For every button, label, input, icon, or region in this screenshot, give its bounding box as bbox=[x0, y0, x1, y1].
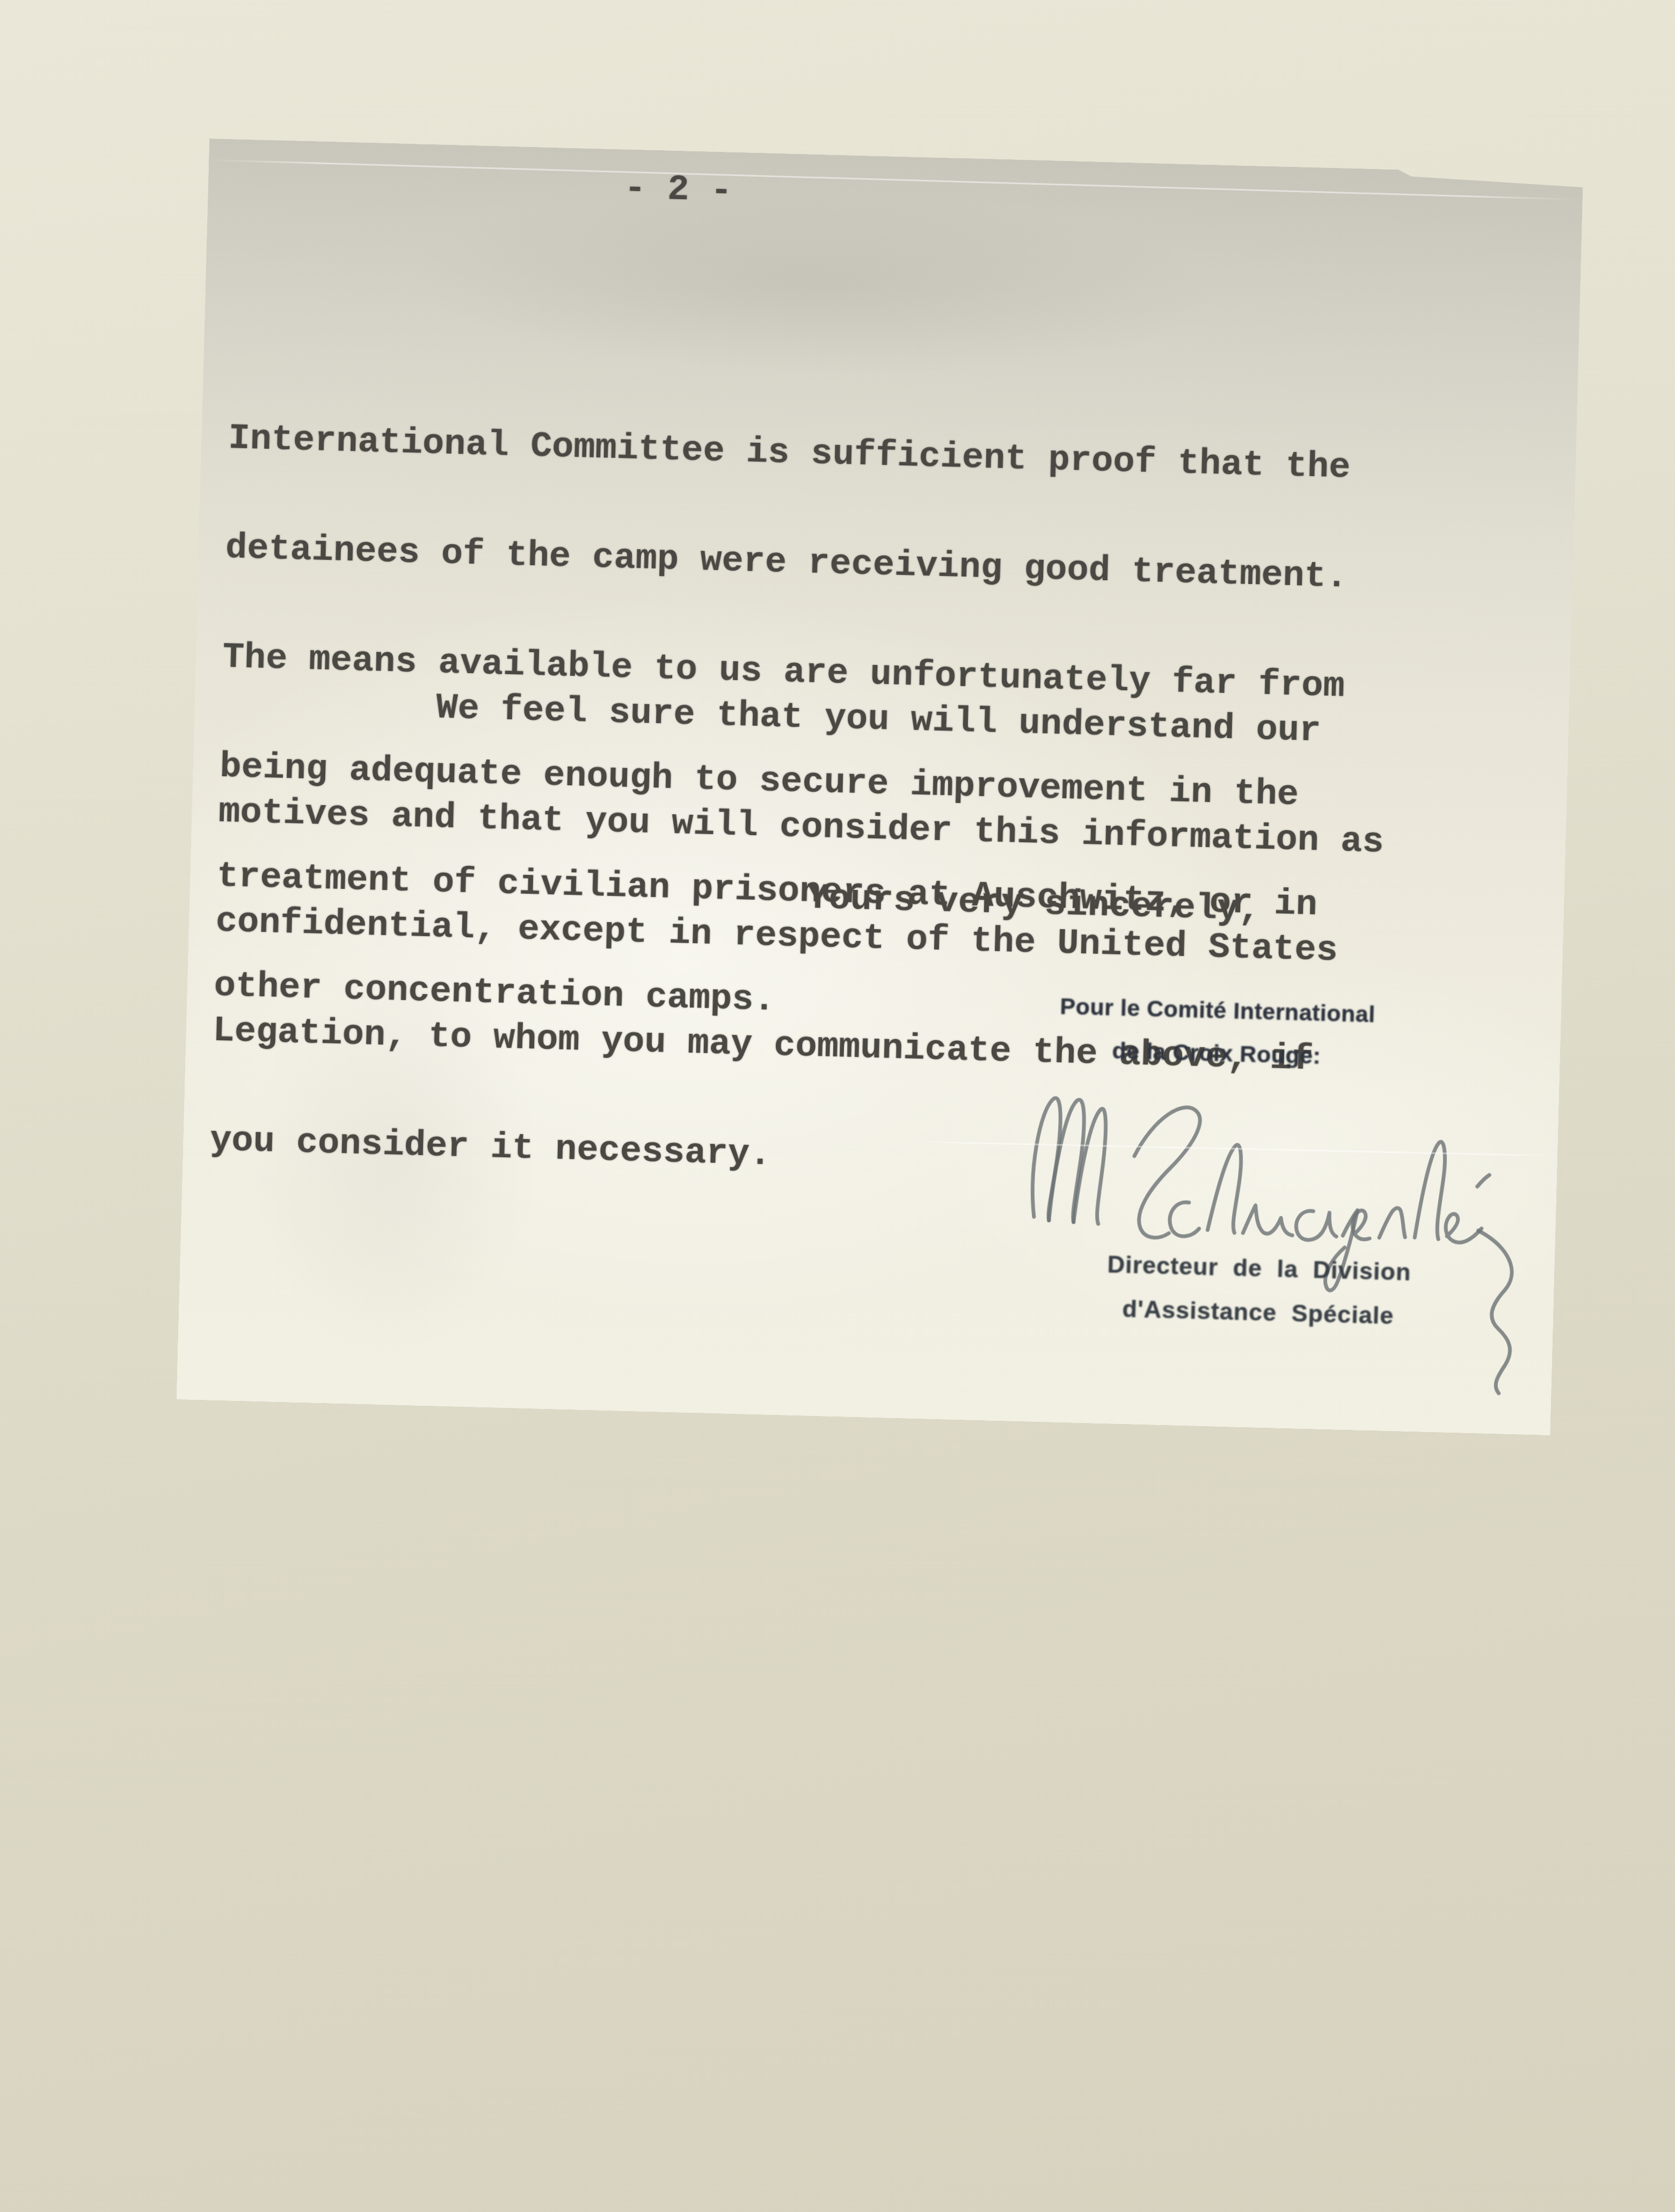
scan-background: - 2 - International Committee is suffici… bbox=[0, 0, 1675, 2212]
organization-stamp: Pour le Comité International de la Croix… bbox=[1023, 984, 1411, 1080]
letter-page: - 2 - International Committee is suffici… bbox=[176, 138, 1583, 1435]
paragraph-2-line-2: motives and that you will consider this … bbox=[218, 794, 1384, 861]
paragraph-1-line-1: International Committee is sufficient pr… bbox=[228, 420, 1351, 486]
page-number: - 2 - bbox=[624, 170, 733, 209]
signer-title-stamp: Directeur de la Division d'Assistance Sp… bbox=[1059, 1241, 1458, 1339]
paragraph-1-line-2: detainees of the camp were receiving goo… bbox=[225, 530, 1348, 596]
paragraph-2-line-1: We feel sure that you will understand ou… bbox=[221, 684, 1387, 751]
crease-line bbox=[206, 159, 1580, 201]
